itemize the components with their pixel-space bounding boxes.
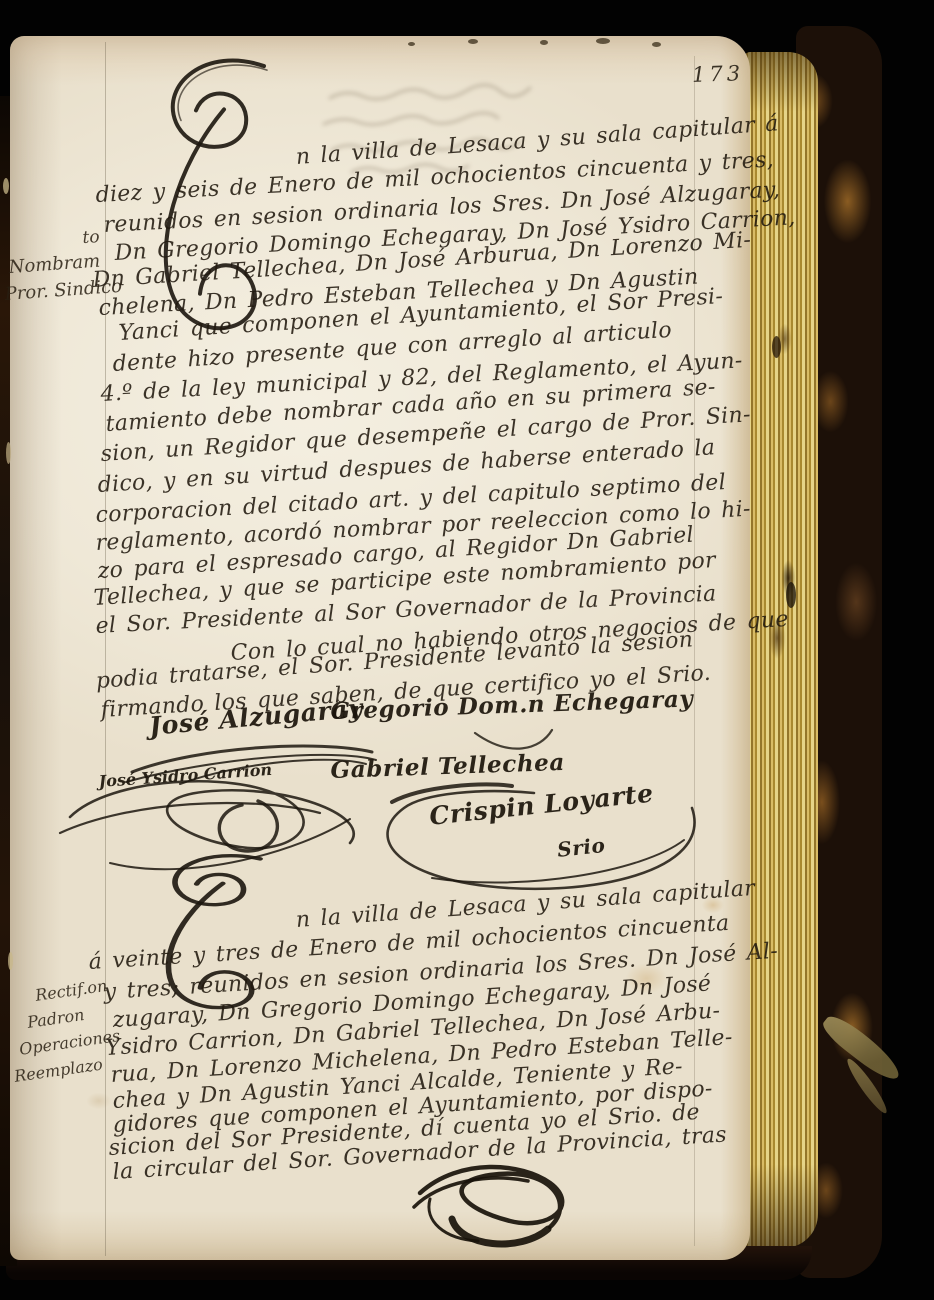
fore-edge-stain [786, 582, 796, 608]
rubric-carrion-loop [50, 755, 390, 873]
dust-speck [408, 42, 415, 46]
book-scan: 173 to Nombram Pror. Sindico Rectif.on P… [0, 0, 934, 1300]
dust-speck [652, 42, 661, 47]
rubric-echegaray [470, 728, 560, 756]
dust-speck [468, 39, 478, 44]
rubric-loyarte-oval [362, 780, 707, 900]
folio-number: 173 [692, 61, 745, 87]
margin-note-superscript: to [82, 227, 100, 248]
end-of-entry-knot-flourish [400, 1163, 585, 1259]
fore-edge-stain [772, 336, 781, 358]
dust-speck [596, 38, 610, 44]
page-edge-glint [3, 178, 9, 194]
dust-speck [540, 40, 548, 45]
page-edge-glint [6, 442, 11, 464]
page-edge-glint [8, 952, 13, 970]
